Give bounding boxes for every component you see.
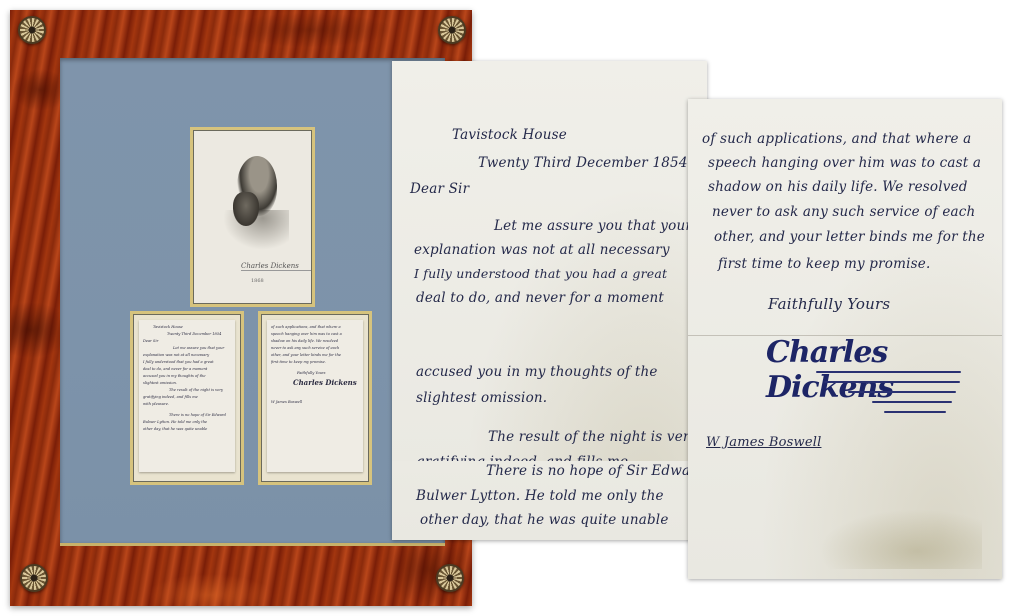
letter-line: first time to keep my promise. xyxy=(718,256,930,272)
mini-line: Faithfully Yours xyxy=(271,370,359,377)
rosette-ornament-top-right xyxy=(438,16,466,44)
rosette-ornament-bottom-left xyxy=(20,564,48,592)
mini-line: slightest omission. xyxy=(143,380,231,387)
rosette-ornament-bottom-right xyxy=(436,564,464,592)
letter-line: Bulwer Lytton. He told me only the xyxy=(416,488,664,504)
mini-line: W James Boswell xyxy=(271,399,359,406)
letter-address: Tavistock House xyxy=(452,127,567,143)
letter-recipient: W James Boswell xyxy=(706,435,821,450)
mini-line: speech hanging over him was to cast a xyxy=(271,331,359,338)
letter-date: Twenty Third December 1854 xyxy=(478,155,688,171)
signature-flourish xyxy=(872,401,952,403)
mini-line: Bulwer Lytton. He told me only the xyxy=(143,419,231,426)
mini-letter-paper: Tavistock House Twenty Third December 18… xyxy=(139,320,235,472)
mini-line: other, and your letter binds me for the xyxy=(271,352,359,359)
letter-line: Let me assure you that your xyxy=(494,218,692,234)
letter-line: never to ask any such service of each xyxy=(712,204,975,220)
signature-flourish xyxy=(848,391,956,393)
letter-line: accused you in my thoughts of the xyxy=(416,364,658,380)
mini-line: I fully understood that you had a great xyxy=(143,359,231,366)
letter-line: shadow on his daily life. We resolved xyxy=(708,179,968,195)
mini-letter-page-2: of such applications, and that where a s… xyxy=(258,311,372,485)
letter-page-1-lower: There is no hope of Sir Edward Bulwer Ly… xyxy=(392,461,707,540)
mini-letter-page-1: Tavistock House Twenty Third December 18… xyxy=(130,311,244,485)
letter-line: There is no hope of Sir Edward xyxy=(486,463,706,479)
mini-line: deal to do, and never for a moment xyxy=(143,366,231,373)
letter-line: deal to do, and never for a moment xyxy=(416,290,664,306)
portrait-beard xyxy=(233,192,259,226)
mini-line: of such applications, and that where a xyxy=(271,324,359,331)
letter-line: The result of the night is very xyxy=(488,429,697,445)
mini-line: never to ask any such service of each xyxy=(271,345,359,352)
letter-line: speech hanging over him was to cast a xyxy=(708,155,981,171)
portrait-signature: Charles Dickens xyxy=(241,262,311,271)
mini-line: Charles Dickens xyxy=(271,377,359,389)
mini-line: The result of the night is very xyxy=(143,387,231,394)
portrait-engraving: Charles Dickens 1868 xyxy=(190,127,315,307)
mini-line: with pleasure. xyxy=(143,401,231,408)
letter-salutation: Dear Sir xyxy=(410,181,469,197)
rosette-ornament-top-left xyxy=(18,16,46,44)
mini-line: gratifying indeed, and fills me xyxy=(143,394,231,401)
mini-line: accused you in my thoughts of the xyxy=(143,373,231,380)
mini-line: Dear Sir xyxy=(143,338,231,345)
mini-line: explanation was not at all necessary xyxy=(143,352,231,359)
letter-line: slightest omission. xyxy=(416,390,547,406)
mini-letter-paper: of such applications, and that where a s… xyxy=(267,320,363,472)
mini-line: Twenty Third December 1854 xyxy=(143,331,231,338)
blue-mat: Charles Dickens 1868 Tavistock House Twe… xyxy=(60,58,445,546)
letter-line: other day, that he was quite unable xyxy=(420,512,669,528)
letter-line: explanation was not at all necessary xyxy=(414,242,670,258)
letter-page-2: of such applications, and that where a s… xyxy=(688,99,1002,579)
signature-flourish xyxy=(816,371,961,373)
signature-flourish xyxy=(884,411,946,413)
mini-line: shadow on his daily life. We resolved xyxy=(271,338,359,345)
mini-line: Tavistock House xyxy=(143,324,231,331)
signature-flourish xyxy=(824,381,960,383)
mini-line: first time to keep my promise. xyxy=(271,359,359,366)
portrait-year: 1868 xyxy=(251,278,264,284)
mini-line: There is no hope of Sir Edward xyxy=(143,412,231,419)
letter-closing: Faithfully Yours xyxy=(768,295,890,313)
mini-line: other day, that he was quite unable xyxy=(143,426,231,433)
letter-line: of such applications, and that where a xyxy=(702,131,971,147)
letter-signature: Charles Dickens xyxy=(766,335,1002,405)
letter-line: other, and your letter binds me for the xyxy=(714,229,985,245)
mini-line: Let me assure you that your xyxy=(143,345,231,352)
letter-line: I fully understood that you had a great xyxy=(414,266,667,281)
